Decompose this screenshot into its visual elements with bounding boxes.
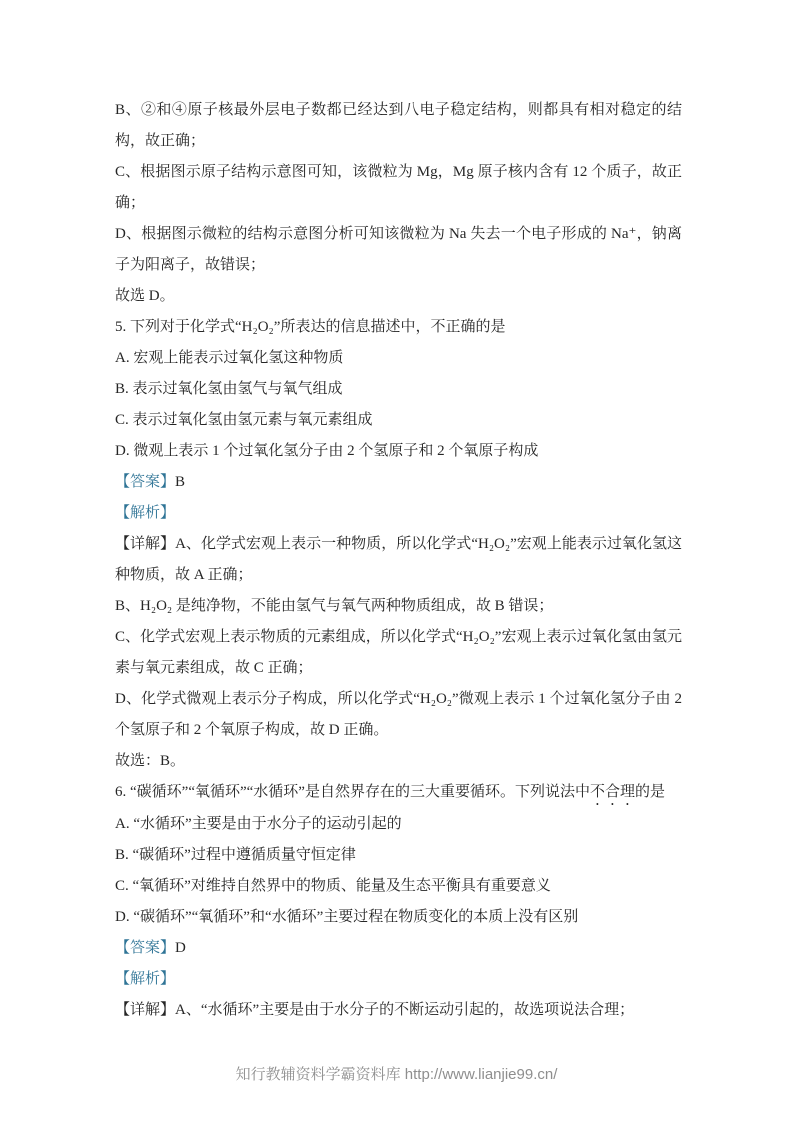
q6-stem-emphasis: 不合理	[590, 784, 635, 800]
footer-watermark-text: 知行教辅资料学霸资料库 http://www.lianjie99.cn/	[236, 1066, 558, 1083]
q5-answer-tag: 【答案】	[115, 474, 175, 490]
document-content: B、②和④原子核最外层电子数都已经达到八电子稳定结构，则都具有相对稳定的结构，故…	[115, 95, 682, 1026]
q5-option-c: C. 表示过氧化氢由氢元素与氧元素组成	[115, 405, 682, 436]
q4-conclusion: 故选 D。	[115, 281, 682, 312]
q6-stem-prefix: 6. “碳循环”“氧循环”“水循环”是自然界存在的三大重要循环。下列说法中	[115, 784, 590, 800]
q6-detail-a: 【详解】A、“水循环”主要是由于水分子的不断运动引起的，故选项说法合理；	[115, 995, 682, 1026]
q4-analysis-option-c: C、根据图示原子结构示意图可知，该微粒为 Mg，Mg 原子核内含有 12 个质子…	[115, 157, 682, 219]
q5-detail-d: D、化学式微观上表示分子构成，所以化学式“H₂O₂”微观上表示 1 个过氧化氢分…	[115, 684, 682, 746]
q5-detail-b: B、H₂O₂ 是纯净物，不能由氢气与氧气两种物质组成，故 B 错误；	[115, 591, 682, 622]
q4-analysis-option-d: D、根据图示微粒的结构示意图分析可知该微粒为 Na 失去一个电子形成的 Na⁺，…	[115, 219, 682, 281]
q5-answer-value: B	[175, 474, 185, 490]
q6-analysis-line: 【解析】	[115, 964, 682, 995]
q5-analysis-line: 【解析】	[115, 498, 682, 529]
q5-stem: 5. 下列对于化学式“H₂O₂”所表达的信息描述中，不正确的是	[115, 312, 682, 343]
q6-option-c: C. “氧循环”对维持自然界中的物质、能量及生态平衡具有重要意义	[115, 871, 682, 902]
q6-stem: 6. “碳循环”“氧循环”“水循环”是自然界存在的三大重要循环。下列说法中不合理…	[115, 777, 682, 809]
q6-answer-value: D	[175, 940, 186, 956]
q6-option-a: A. “水循环”主要是由于水分子的运动引起的	[115, 809, 682, 840]
q5-analysis-tag: 【解析】	[115, 505, 175, 521]
q5-detail-c: C、化学式宏观上表示物质的元素组成，所以化学式“H₂O₂”宏观上表示过氧化氢由氢…	[115, 622, 682, 684]
q5-conclusion: 故选：B。	[115, 746, 682, 777]
q4-analysis-option-b: B、②和④原子核最外层电子数都已经达到八电子稳定结构，则都具有相对稳定的结构，故…	[115, 95, 682, 157]
q5-detail-a: 【详解】A、化学式宏观上表示一种物质，所以化学式“H₂O₂”宏观上能表示过氧化氢…	[115, 529, 682, 591]
q6-option-d: D. “碳循环”“氧循环”和“水循环”主要过程在物质变化的本质上没有区别	[115, 902, 682, 933]
q6-analysis-tag: 【解析】	[115, 971, 175, 987]
q5-answer-line: 【答案】B	[115, 467, 682, 498]
q5-option-a: A. 宏观上能表示过氧化氢这种物质	[115, 343, 682, 374]
q6-answer-tag: 【答案】	[115, 940, 175, 956]
footer-watermark: 知行教辅资料学霸资料库 http://www.lianjie99.cn/	[0, 1063, 793, 1084]
q5-option-d: D. 微观上表示 1 个过氧化氢分子由 2 个氢原子和 2 个氧原子构成	[115, 436, 682, 467]
q6-option-b: B. “碳循环”过程中遵循质量守恒定律	[115, 840, 682, 871]
q6-answer-line: 【答案】D	[115, 933, 682, 964]
q6-stem-suffix: 的是	[635, 784, 665, 800]
q5-option-b: B. 表示过氧化氢由氢气与氧气组成	[115, 374, 682, 405]
